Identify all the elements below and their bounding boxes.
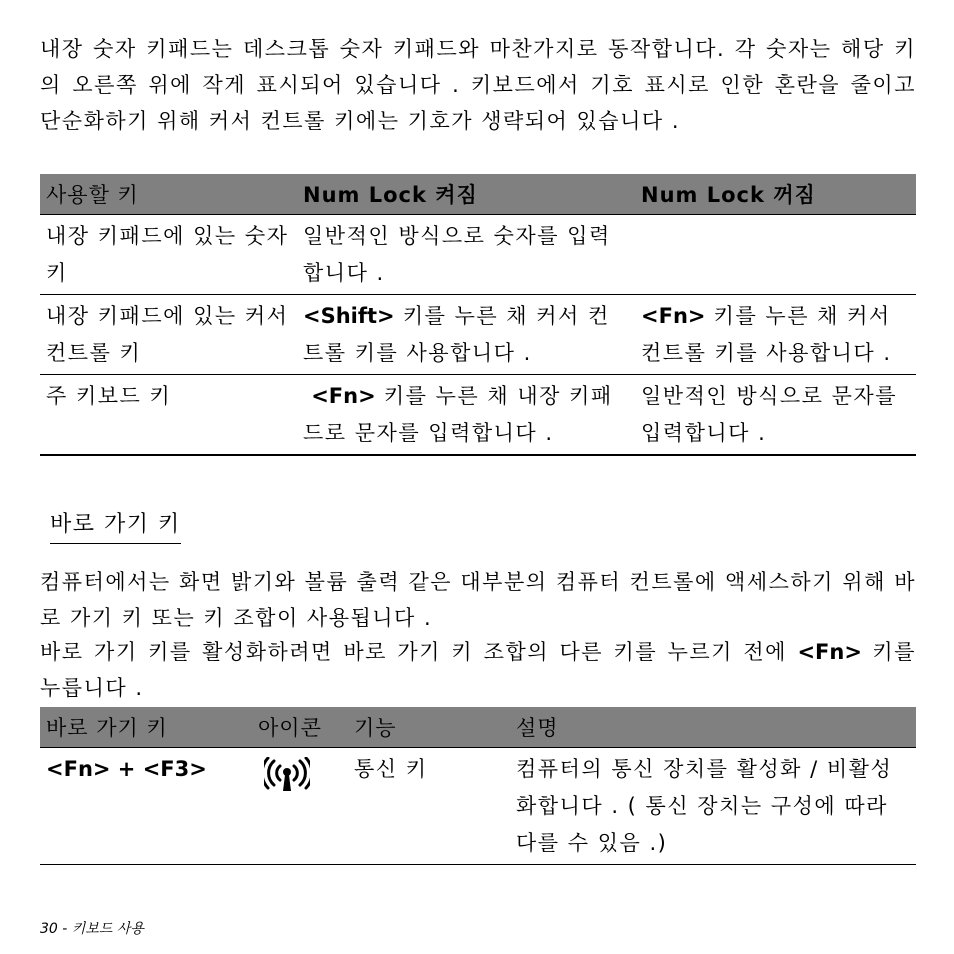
numlock-table: 사용할 키 Num Lock 켜짐 Num Lock 꺼짐 내장 키패드에 있는… [40, 174, 916, 456]
cell-description: 컴퓨터의 통신 장치를 활성화 / 비활성화합니다 . ( 통신 장치는 구성에… [510, 748, 916, 865]
header-description: 설명 [510, 707, 916, 748]
header-icon: 아이콘 [252, 707, 348, 748]
cell-key: 내장 키패드에 있는 커서 컨트롤 키 [40, 295, 297, 375]
cell-key: 주 키보드 키 [40, 375, 297, 456]
footer-section-name: 키보드 사용 [72, 921, 144, 937]
cell-key: 내장 키패드에 있는 숫자 키 [40, 215, 297, 295]
hotkeys-paragraph-2: 바로 가기 키를 활성화하려면 바로 가기 키 조합의 다른 키를 누르기 전에… [40, 634, 916, 706]
wireless-communication-icon [258, 757, 342, 793]
hotkeys-paragraph-1: 컴퓨터에서는 화면 밝기와 볼륨 출력 같은 대부분의 컴퓨터 컨트롤에 액세스… [40, 564, 916, 636]
key-name: <Fn> [641, 304, 706, 328]
cell-numlock-on: <Shift> 키를 누른 채 커서 컨트롤 키를 사용합니다 . [297, 295, 635, 375]
cell-hotkey: <Fn> + <F3> [40, 748, 252, 865]
page-number: 30 [40, 921, 58, 937]
key-name: <Shift> [303, 304, 395, 328]
section-title-hotkeys: 바로 가기 키 [50, 509, 181, 544]
hotkey-table: 바로 가기 키 아이콘 기능 설명 <Fn> + <F3> [40, 707, 916, 865]
header-numlock-on: Num Lock 켜짐 [297, 174, 635, 215]
cell-function: 통신 키 [348, 748, 510, 865]
header-hotkey: 바로 가기 키 [40, 707, 252, 748]
header-function: 기능 [348, 707, 510, 748]
table-header-row: 사용할 키 Num Lock 켜짐 Num Lock 꺼짐 [40, 174, 916, 215]
key-name: <Fn> [311, 384, 376, 408]
page-footer: 30 - 키보드 사용 [40, 918, 144, 938]
table-row: 내장 키패드에 있는 숫자 키 일반적인 방식으로 숫자를 입력합니다 . [40, 215, 916, 295]
key-name: <Fn> [797, 640, 862, 664]
table-header-row: 바로 가기 키 아이콘 기능 설명 [40, 707, 916, 748]
intro-paragraph: 내장 숫자 키패드는 데스크톱 숫자 키패드와 마찬가지로 동작합니다. 각 숫… [40, 31, 916, 139]
cell-numlock-off: 일반적인 방식으로 문자를 입력합니다 . [635, 375, 916, 456]
table-row: 주 키보드 키 <Fn> 키를 누른 채 내장 키패드로 문자를 입력합니다 .… [40, 375, 916, 456]
cell-icon [252, 748, 348, 865]
header-key-to-use: 사용할 키 [40, 174, 297, 215]
table-row: <Fn> + <F3> [40, 748, 916, 865]
cell-numlock-on: 일반적인 방식으로 숫자를 입력합니다 . [297, 215, 635, 295]
table-row: 내장 키패드에 있는 커서 컨트롤 키 <Shift> 키를 누른 채 커서 컨… [40, 295, 916, 375]
cell-numlock-off [635, 215, 916, 295]
header-numlock-off: Num Lock 꺼짐 [635, 174, 916, 215]
cell-numlock-off: <Fn> 키를 누른 채 커서 컨트롤 키를 사용합니다 . [635, 295, 916, 375]
cell-numlock-on: <Fn> 키를 누른 채 내장 키패드로 문자를 입력합니다 . [297, 375, 635, 456]
